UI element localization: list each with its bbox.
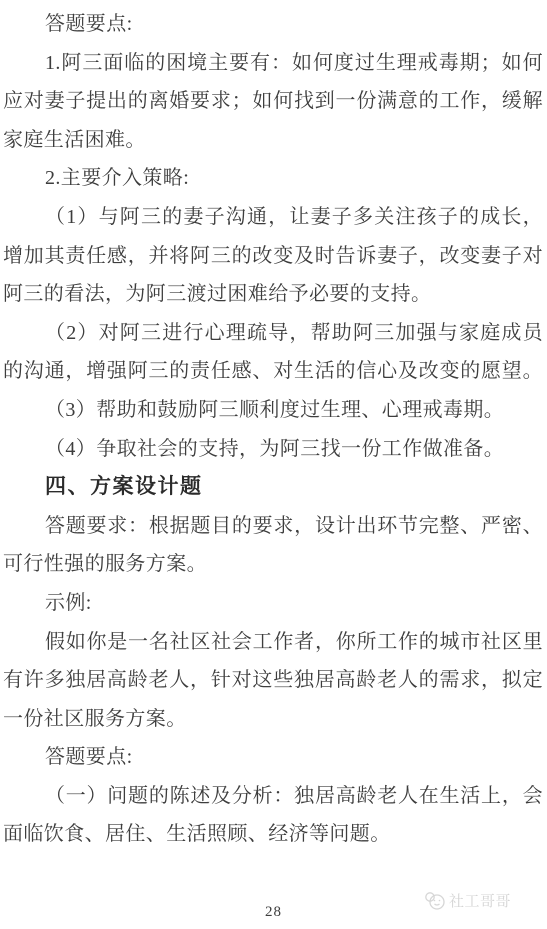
text-line: 面临饮食、居住、生活照顾、经济等问题。 (3, 815, 543, 854)
text-line: 增加其责任感，并将阿三的改变及时告诉妻子，改变妻子对 (3, 237, 543, 276)
text-line: 一份社区服务方案。 (3, 700, 543, 739)
section-heading: 四、方案设计题 (3, 468, 543, 507)
document-page: 答题要点: 1.阿三面临的困境主要有：如何度过生理戒毒期；如何 应对妻子提出的离… (3, 5, 543, 854)
text-line: 1.阿三面临的困境主要有：如何度过生理戒毒期；如何 (3, 44, 543, 83)
text-line: 答题要求：根据题目的要求，设计出环节完整、严密、 (3, 507, 543, 546)
text-line: 的沟通，增强阿三的责任感、对生活的信心及改变的愿望。 (3, 352, 543, 391)
text-line: 示例: (3, 584, 543, 623)
text-line: 假如你是一名社区社会工作者，你所工作的城市社区里 (3, 623, 543, 662)
text-line: （1）与阿三的妻子沟通，让妻子多关注孩子的成长， (3, 198, 543, 237)
text-line: 可行性强的服务方案。 (3, 545, 543, 584)
text-line: （4）争取社会的支持，为阿三找一份工作做准备。 (3, 430, 543, 469)
text-line: 有许多独居高龄老人，针对这些独居高龄老人的需求，拟定 (3, 661, 543, 700)
text-line: 阿三的看法，为阿三渡过困难给予必要的支持。 (3, 275, 543, 314)
text-line: 答题要点: (3, 5, 543, 44)
text-line: 2.主要介入策略: (3, 159, 543, 198)
watermark-label: 社工哥哥 (449, 890, 511, 911)
text-line: 应对妻子提出的离婚要求；如何找到一份满意的工作，缓解 (3, 82, 543, 121)
text-line: （2）对阿三进行心理疏导，帮助阿三加强与家庭成员 (3, 314, 543, 353)
text-line: （3）帮助和鼓励阿三顺利度过生理、心理戒毒期。 (3, 391, 543, 430)
text-line: 家庭生活困难。 (3, 121, 543, 160)
text-line: 答题要点: (3, 738, 543, 777)
text-line: （一）问题的陈述及分析：独居高龄老人在生活上，会 (3, 777, 543, 816)
sgg-logo-icon (424, 891, 446, 911)
watermark: 社工哥哥 (424, 890, 511, 911)
